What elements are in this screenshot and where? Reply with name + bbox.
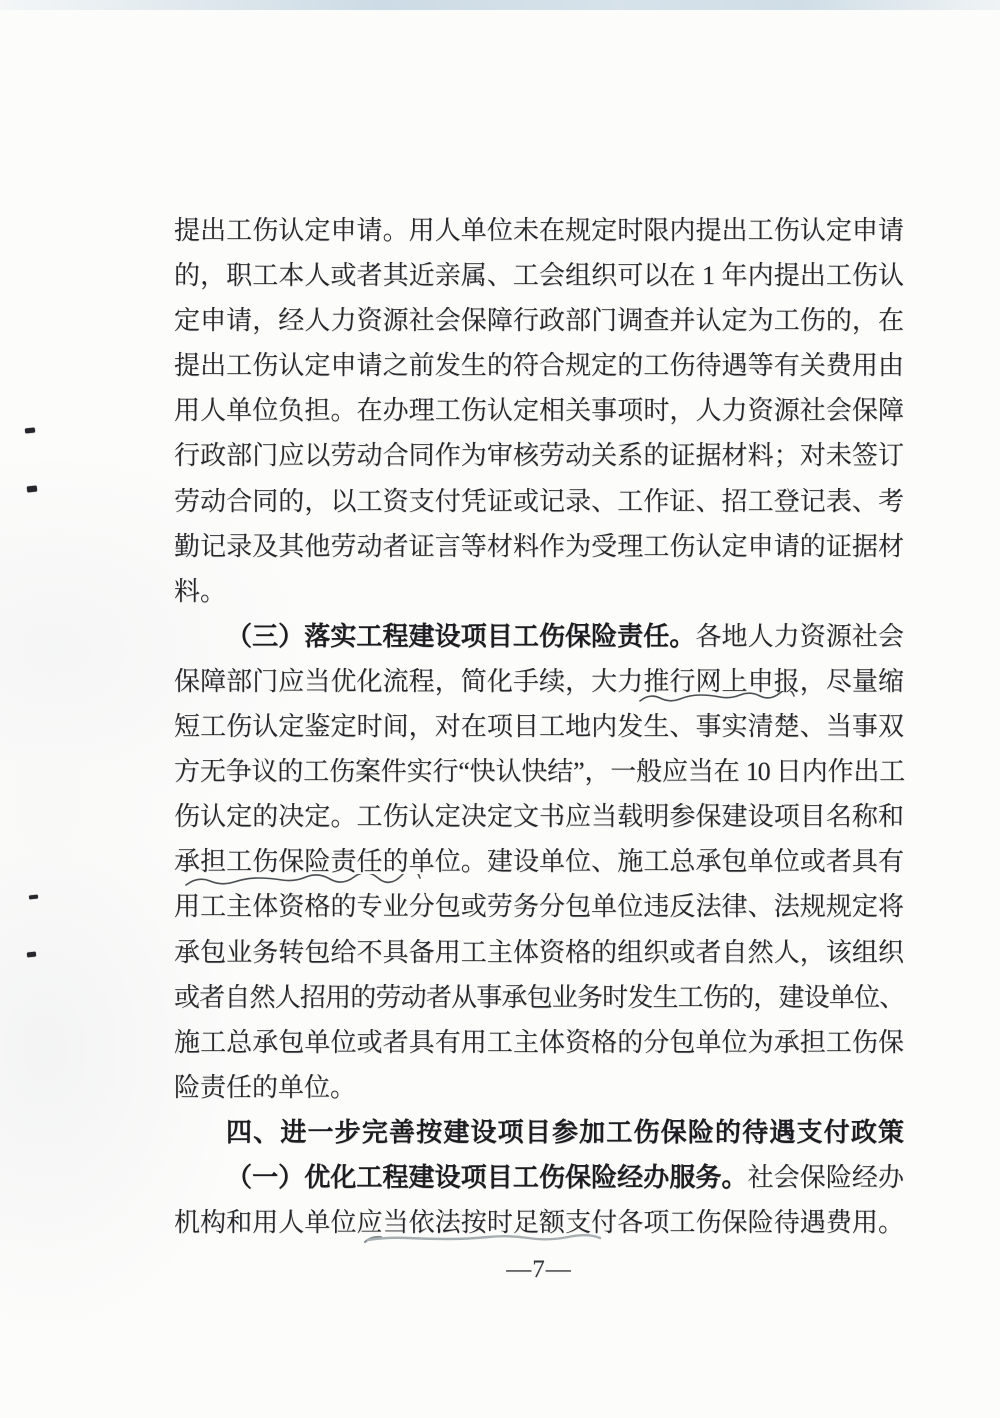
text-line: 提出工伤认定申请。用人单位未在规定时限内提出工伤认定申请 bbox=[174, 208, 904, 253]
text-segment: 勤记录及其他劳动者证言等材料作为受理工伤认定申请的证据材 bbox=[174, 532, 904, 561]
text-line: （三）落实工程建设项目工伤保险责任。各地人力资源社会 bbox=[174, 614, 904, 659]
margin-mark bbox=[29, 895, 38, 900]
text-segment: 提出工伤认定申请之前发生的符合规定的工伤待遇等有关费用由 bbox=[174, 351, 904, 380]
text-segment: 机构和用人单位应当依法按时足额支付各项工伤保险待遇费用。 bbox=[174, 1208, 904, 1237]
text-line: 定申请，经人力资源社会保障行政部门调查并认定为工伤的，在 bbox=[174, 298, 904, 343]
document-text: 提出工伤认定申请。用人单位未在规定时限内提出工伤认定申请的，职工本人或者其近亲属… bbox=[174, 208, 904, 1245]
text-segment: 方无争议的工伤案件实行“快认快结”，一般应当在 10 日内作出工 bbox=[174, 757, 904, 786]
text-segment: 料。 bbox=[174, 577, 226, 606]
margin-mark bbox=[25, 427, 35, 433]
margin-mark bbox=[27, 952, 36, 958]
text-line: 提出工伤认定申请之前发生的符合规定的工伤待遇等有关费用由 bbox=[174, 343, 904, 388]
text-line: 方无争议的工伤案件实行“快认快结”，一般应当在 10 日内作出工 bbox=[174, 749, 904, 794]
text-segment: 行政部门应以劳动合同作为审核劳动关系的证据材料；对未签订 bbox=[174, 441, 904, 470]
text-segment: 施工总承包单位或者具有用工主体资格的分包单位为承担工伤保 bbox=[174, 1028, 904, 1057]
text-line: 料。 bbox=[174, 569, 904, 614]
text-segment: 或者自然人招用的劳动者从事承包业务时发生工伤的，建设单位、 bbox=[174, 983, 904, 1012]
text-segment: 用人单位负担。在办理工伤认定相关事项时，人力资源社会保障 bbox=[174, 396, 904, 425]
text-segment: 承担工伤保险责任的单位。建设单位、施工总承包单位或者具有 bbox=[174, 847, 904, 876]
text-line: 机构和用人单位应当依法按时足额支付各项工伤保险待遇费用。 bbox=[174, 1200, 904, 1245]
text-segment: 社会保险经办 bbox=[748, 1163, 904, 1192]
text-segment: 短工伤认定鉴定时间，对在项目工地内发生、事实清楚、当事双 bbox=[174, 712, 904, 741]
text-line: 行政部门应以劳动合同作为审核劳动关系的证据材料；对未签订 bbox=[174, 433, 904, 478]
text-segment: 用工主体资格的专业分包或劳务分包单位违反法律、法规规定将 bbox=[174, 892, 904, 921]
text-segment-bold: （三）落实工程建设项目工伤保险责任。 bbox=[226, 622, 695, 651]
text-segment: 提出工伤认定申请。用人单位未在规定时限内提出工伤认定申请 bbox=[174, 216, 904, 245]
text-line: 四、进一步完善按建设项目参加工伤保险的待遇支付政策 bbox=[174, 1110, 904, 1155]
text-line: （一）优化工程建设项目工伤保险经办服务。社会保险经办 bbox=[174, 1155, 904, 1200]
text-segment: 承包业务转包给不具备用工主体资格的组织或者自然人，该组织 bbox=[174, 938, 904, 967]
scanned-page: 提出工伤认定申请。用人单位未在规定时限内提出工伤认定申请的，职工本人或者其近亲属… bbox=[0, 0, 1000, 1418]
text-line: 承包业务转包给不具备用工主体资格的组织或者自然人，该组织 bbox=[174, 930, 904, 975]
text-line: 或者自然人招用的劳动者从事承包业务时发生工伤的，建设单位、 bbox=[174, 975, 904, 1020]
text-line: 保障部门应当优化流程，简化手续，大力推行网上申报，尽量缩 bbox=[174, 659, 904, 704]
text-segment: 保障部门应当优化流程，简化手续，大力推行网上申报，尽量缩 bbox=[174, 667, 904, 696]
text-line: 用人单位负担。在办理工伤认定相关事项时，人力资源社会保障 bbox=[174, 388, 904, 433]
text-segment-bold: 四、进一步完善按建设项目参加工伤保险的待遇支付政策 bbox=[226, 1118, 904, 1147]
margin-mark bbox=[27, 485, 38, 492]
text-line: 勤记录及其他劳动者证言等材料作为受理工伤认定申请的证据材 bbox=[174, 524, 904, 569]
text-line: 伤认定的决定。工伤认定决定文书应当载明参保建设项目名称和 bbox=[174, 794, 904, 839]
text-line: 承担工伤保险责任的单位。建设单位、施工总承包单位或者具有 bbox=[174, 839, 904, 884]
scanner-edge-artifact bbox=[0, 0, 1000, 10]
text-line: 的，职工本人或者其近亲属、工会组织可以在 1 年内提出工伤认 bbox=[174, 253, 904, 298]
text-segment-bold: （一）优化工程建设项目工伤保险经办服务。 bbox=[226, 1163, 748, 1192]
text-segment: 劳动合同的，以工资支付凭证或记录、工作证、招工登记表、考 bbox=[174, 487, 904, 516]
text-segment: 险责任的单位。 bbox=[174, 1073, 356, 1102]
text-line: 用工主体资格的专业分包或劳务分包单位违反法律、法规规定将 bbox=[174, 884, 904, 929]
text-segment: 的，职工本人或者其近亲属、工会组织可以在 1 年内提出工伤认 bbox=[174, 261, 904, 290]
page-number: —7— bbox=[174, 1256, 904, 1284]
text-line: 短工伤认定鉴定时间，对在项目工地内发生、事实清楚、当事双 bbox=[174, 704, 904, 749]
text-segment: 伤认定的决定。工伤认定决定文书应当载明参保建设项目名称和 bbox=[174, 802, 904, 831]
text-line: 险责任的单位。 bbox=[174, 1065, 904, 1110]
text-segment: 各地人力资源社会 bbox=[695, 622, 904, 651]
text-line: 劳动合同的，以工资支付凭证或记录、工作证、招工登记表、考 bbox=[174, 479, 904, 524]
text-segment: 定申请，经人力资源社会保障行政部门调查并认定为工伤的，在 bbox=[174, 306, 904, 335]
text-line: 施工总承包单位或者具有用工主体资格的分包单位为承担工伤保 bbox=[174, 1020, 904, 1065]
